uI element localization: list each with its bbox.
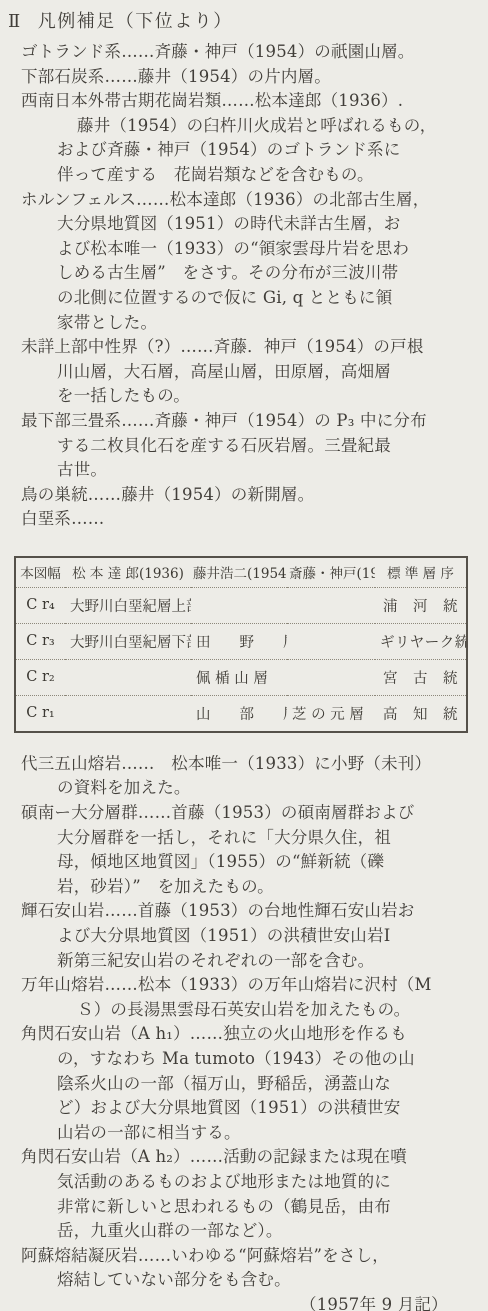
legend-line: 鳥の巣統……藤井（1954）の新開層。 — [8, 483, 484, 508]
table-row: C r₂佩 楯 山 層宮 古 統 — [15, 659, 467, 695]
legend-line: 家帯とした。 — [8, 311, 484, 336]
legend-line: 西南日本外帯古期花崗岩類……松本達郎（1936）. — [8, 89, 484, 114]
legend-line: する二枚貝化石を産する石灰岩層。三畳紀最 — [8, 434, 484, 459]
section-heading: Ⅱ凡例補足（下位より） — [8, 8, 484, 36]
legend-line: 岳，九重火山群の一部など）。 — [8, 1219, 484, 1244]
legend-line: 伴って産する 花崗岩類などを含むもの。 — [8, 163, 484, 188]
table-cell: C r₂ — [15, 659, 65, 695]
table-cell: C r₄ — [15, 587, 65, 623]
table-header-cell: 標 準 層 序 — [375, 557, 467, 588]
table-row: C r₃大野川白堊紀層下部田 野 層ギリヤーク統 — [15, 623, 467, 659]
legend-line: 最下部三畳系……斉藤・神戸（1954）の P₃ 中に分布 — [8, 409, 484, 434]
legend-line: 万年山熔岩……松本（1933）の万年山熔岩に沢村（M — [8, 973, 484, 998]
legend-line: および斉藤・神戸（1954）のゴトランド系に — [8, 138, 484, 163]
legend-line: 角閃石安山岩（A h₁）……独立の火山地形を作るも — [8, 1022, 484, 1047]
legend-line: の，すなわち Ma tumoto（1943）その他の山 — [8, 1047, 484, 1072]
table-header-cell: 松 本 達 郎(1936) — [65, 557, 191, 588]
legend-line: 川山層，大石層，高屋山層，田原層，高畑層 — [8, 360, 484, 385]
stratigraphy-correlation-table: 本図幅松 本 達 郎(1936)藤井浩二(1954)斎藤・神戸(1954)標 準… — [14, 556, 468, 733]
table-cell: ギリヤーク統 — [375, 623, 467, 659]
legend-line: 代三五山熔岩…… 松本唯一（1933）に小野（未刊） — [8, 752, 484, 777]
legend-supplement-bottom: 代三五山熔岩…… 松本唯一（1933）に小野（未刊）の資料を加えた。碩南ー大分層… — [8, 752, 484, 1293]
legend-line: 古世。 — [8, 458, 484, 483]
table-cell — [287, 659, 375, 695]
table-row: C r₄大野川白堊紀層上部浦 河 統 — [15, 587, 467, 623]
table-cell: 高 知 統 — [375, 695, 467, 732]
legend-line: しめる古生層” をさす。その分布が三波川帯 — [8, 261, 484, 286]
table-cell — [191, 587, 287, 623]
table-cell — [65, 659, 191, 695]
legend-line: の北側に位置するので仮に Gi, q とともに領 — [8, 286, 484, 311]
table-header-cell: 藤井浩二(1954) — [191, 557, 287, 588]
table-cell — [65, 695, 191, 732]
table-body: C r₄大野川白堊紀層上部浦 河 統C r₃大野川白堊紀層下部田 野 層ギリヤー… — [15, 587, 467, 732]
legend-line: 輝石安山岩……首藤（1953）の台地性輝石安山岩お — [8, 899, 484, 924]
legend-line: 碩南ー大分層群……首藤（1953）の碩南層群および — [8, 801, 484, 826]
legend-line: 大分県地質図（1951）の時代未詳古生層，お — [8, 212, 484, 237]
table-cell: 山 部 層 — [191, 695, 287, 732]
legend-line: よび大分県地質図（1951）の洪積世安山岩Ⅰ — [8, 924, 484, 949]
legend-line: 新第三紀安山岩のそれぞれの一部を含む。 — [8, 949, 484, 974]
table-header-row: 本図幅松 本 達 郎(1936)藤井浩二(1954)斎藤・神戸(1954)標 準… — [15, 557, 467, 588]
table-cell: 大野川白堊紀層上部 — [65, 587, 191, 623]
legend-line: の資料を加えた。 — [8, 776, 484, 801]
legend-line: 大分層群を一括し，それに「大分県久住，祖 — [8, 826, 484, 851]
date-note: （1957年 9 月記） — [8, 1293, 484, 1311]
legend-line: ホルンフェルス……松本達郎（1936）の北部古生層， — [8, 188, 484, 213]
section-title: 凡例補足（下位より） — [38, 11, 233, 32]
legend-line: 阿蘇熔結凝灰岩……いわゆる“阿蘇熔岩”をさし， — [8, 1244, 484, 1269]
legend-line: 藤井（1954）の臼杵川火成岩と呼ばれるもの， — [8, 114, 484, 139]
legend-line: 気活動のあるものおよび地形または地質的に — [8, 1170, 484, 1195]
table-cell: C r₃ — [15, 623, 65, 659]
table-cell — [287, 587, 375, 623]
legend-line: 未詳上部中性界（?）……斉藤．神戸（1954）の戸根 — [8, 335, 484, 360]
legend-line: 非常に新しいと思われるもの（鶴見岳，由布 — [8, 1195, 484, 1220]
legend-line: よび松本唯一（1933）の“領家雲母片岩を思わ — [8, 237, 484, 262]
legend-line: 陰系火山の一部（福万山，野稲岳，湧蓋山な — [8, 1072, 484, 1097]
table-cell: 宮 古 統 — [375, 659, 467, 695]
legend-line: 熔結していない部分をも含む。 — [8, 1268, 484, 1293]
legend-line: 白堊系…… — [8, 507, 484, 532]
scanned-document-page: Ⅱ凡例補足（下位より） ゴトランド系……斉藤・神戸（1954）の祇園山層。下部石… — [0, 0, 488, 1311]
legend-line: 下部石炭系……藤井（1954）の片内層。 — [8, 65, 484, 90]
table-cell: 田 野 層 — [191, 623, 287, 659]
table-header-cell: 本図幅 — [15, 557, 65, 588]
table-cell: C r₁ — [15, 695, 65, 732]
legend-line: 母，傾地区地質図」（1955）の“鮮新統（礫 — [8, 850, 484, 875]
legend-line: 岩，砂岩）” を加えたもの。 — [8, 875, 484, 900]
table-cell: 浦 河 統 — [375, 587, 467, 623]
table-cell: 佩 楯 山 層 — [191, 659, 287, 695]
table-cell: 芝 の 元 層 — [287, 695, 375, 732]
legend-line: を一括したもの。 — [8, 384, 484, 409]
legend-supplement-top: ゴトランド系……斉藤・神戸（1954）の祇園山層。下部石炭系……藤井（1954）… — [8, 40, 484, 532]
legend-line: ど）および大分県地質図（1951）の洪積世安 — [8, 1096, 484, 1121]
legend-line: 山岩の一部に相当する。 — [8, 1121, 484, 1146]
table-row: C r₁山 部 層芝 の 元 層高 知 統 — [15, 695, 467, 732]
table-cell — [287, 623, 375, 659]
legend-line: 角閃石安山岩（A h₂）……活動の記録または現在噴 — [8, 1145, 484, 1170]
legend-line: ゴトランド系……斉藤・神戸（1954）の祇園山層。 — [8, 40, 484, 65]
table-header-cell: 斎藤・神戸(1954) — [287, 557, 375, 588]
legend-line: Ｓ）の長湯黒雲母石英安山岩を加えたもの。 — [8, 998, 484, 1023]
table-cell: 大野川白堊紀層下部 — [65, 623, 191, 659]
section-numeral: Ⅱ — [8, 11, 22, 32]
